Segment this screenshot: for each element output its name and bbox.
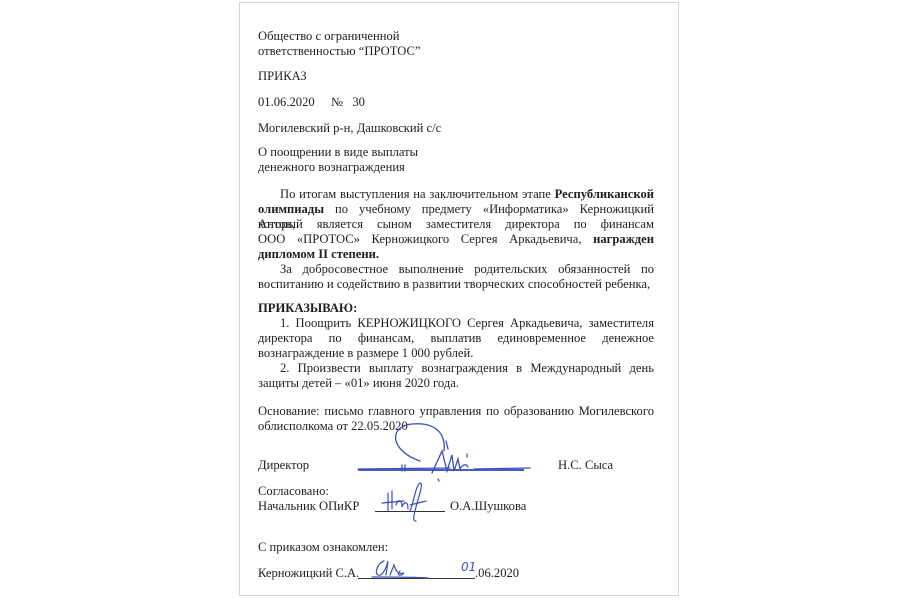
director-name: Н.С. Сыса	[558, 458, 613, 473]
bold-diploma: дипломом II степени.	[258, 247, 379, 261]
director-signature-icon	[350, 421, 530, 483]
document-date: 01.06.2020	[258, 95, 315, 109]
order-item-2: 2. Произвести выплату вознаграждения в М…	[258, 361, 654, 391]
paragraph-parental-duties: За добросовестное выполнение родительски…	[258, 262, 654, 292]
bold-republican: Республиканской	[555, 187, 654, 201]
paragraph-olympiad: По итогам выступления на заключительном …	[258, 187, 654, 262]
acquainted-name: Керножицкий С.А.	[258, 566, 359, 581]
order-item-1: 1. Поощрить КЕРНОЖИЦКОГО Сергея Аркадьев…	[258, 316, 654, 361]
bold-olympiad: олимпиады	[258, 202, 324, 216]
acquainted-label: С приказом ознакомлен:	[258, 540, 388, 555]
agreed-signature-icon	[380, 481, 440, 523]
agreed-title: Начальник ОПиКР	[258, 499, 359, 514]
agreed-label: Согласовано:	[258, 484, 329, 499]
subject-line2: денежного вознаграждения	[258, 160, 405, 175]
director-title: Директор	[258, 458, 309, 473]
document-type: ПРИКАЗ	[258, 69, 307, 84]
org-name-line2: ответственностью “ПРОТОС”	[258, 44, 421, 59]
org-name-line1: Общество с ограниченной	[258, 29, 400, 44]
document-date-number: 01.06.2020 № 30	[258, 95, 365, 110]
number-label: №	[331, 95, 343, 109]
document-number: 30	[352, 95, 365, 109]
acquainted-day-handwritten: 01	[461, 560, 476, 575]
acquainted-signature-icon	[370, 555, 430, 581]
document-location: Могилевский р-н, Дашковский с/с	[258, 121, 441, 136]
bold-awarded: награжден	[593, 232, 654, 246]
order-heading: ПРИКАЗЫВАЮ:	[258, 301, 357, 316]
subject-line1: О поощрении в виде выплаты	[258, 145, 418, 160]
agreed-name: О.А.Шушкова	[450, 499, 526, 514]
document-page: Общество с ограниченной ответственностью…	[239, 2, 679, 596]
acquainted-date-suffix: .06.2020	[475, 566, 519, 581]
